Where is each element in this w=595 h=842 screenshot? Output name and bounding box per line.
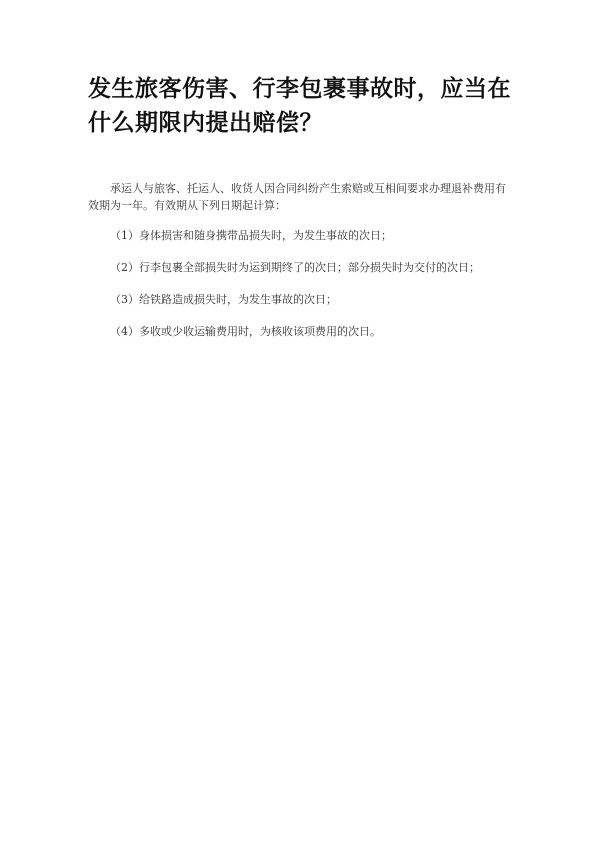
list-item: （2）行李包裹全部损失时为运到期终了的次日；部分损失时为交付的次日； xyxy=(88,259,510,276)
list-item: （4）多收或少收运输费用时，为核收该项费用的次日。 xyxy=(88,323,510,340)
document-body: 承运人与旅客、托运人、收货人因合同纠纷产生索赔或互相间要求办理退补费用有效期为一… xyxy=(88,180,510,340)
intro-paragraph: 承运人与旅客、托运人、收货人因合同纠纷产生索赔或互相间要求办理退补费用有效期为一… xyxy=(88,180,510,214)
document-title: 发生旅客伤害、行李包裹事故时，应当在什么期限内提出赔偿？ xyxy=(88,72,518,140)
list-item: （1）身体损害和随身携带品损失时，为发生事故的次日； xyxy=(88,227,510,244)
list-item: （3）给铁路造成损失时，为发生事故的次日； xyxy=(88,291,510,308)
